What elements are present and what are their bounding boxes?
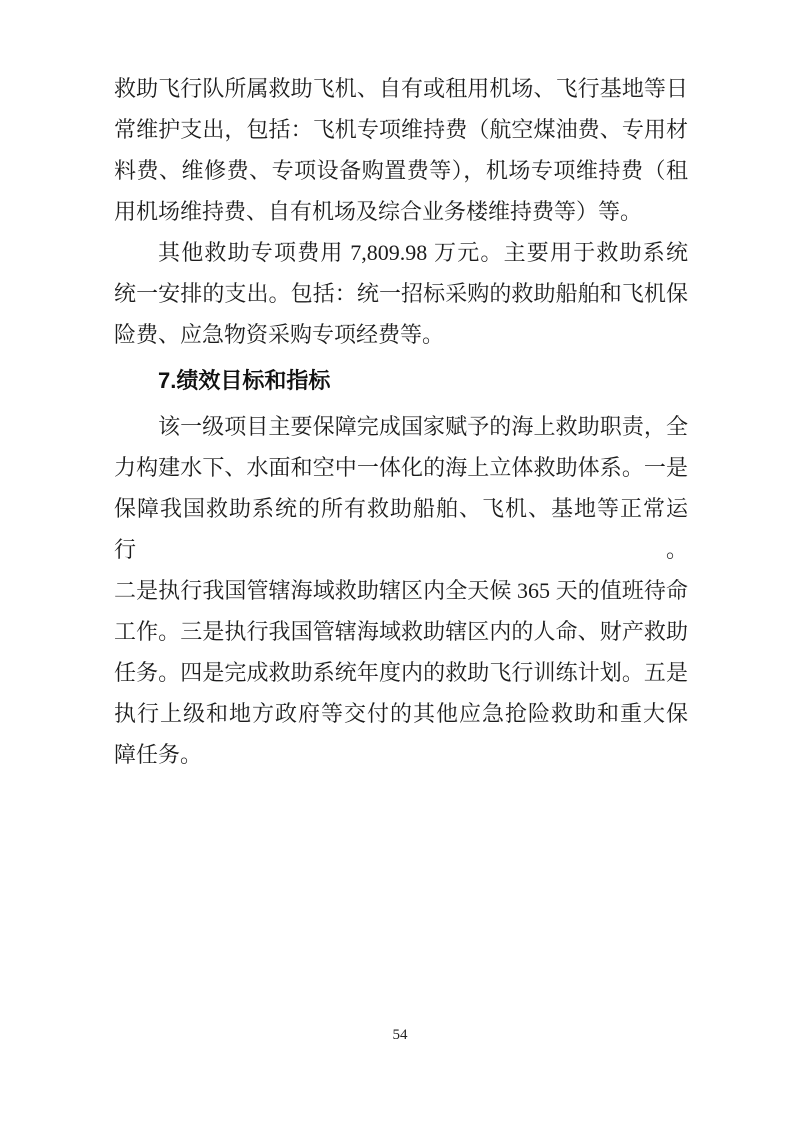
paragraph-line: 力构建水下、水面和空中一体化的海上立体救助体系。一是 (114, 447, 688, 488)
heading-performance-goals-and-indicators: 7.绩效目标和指标 (114, 360, 688, 401)
paragraph-line: 救助飞行队所属救助飞机、自有或租用机场、飞行基地等日 (114, 68, 688, 109)
heading-line: 7.绩效目标和指标 (114, 360, 688, 401)
paragraph-line: 执行上级和地方政府等交付的其他应急抢险救助和重大保 (114, 693, 688, 734)
paragraph-other-rescue-special-expense: 其他救助专项费用 7,809.98 万元。主要用于救助系统统一安排的支出。包括：… (114, 232, 688, 355)
paragraph-performance-goals-description: 该一级项目主要保障完成国家赋予的海上救助职责，全力构建水下、水面和空中一体化的海… (114, 406, 688, 775)
paragraph-line: 任务。四是完成救助系统年度内的救助飞行训练计划。五是 (114, 652, 688, 693)
paragraph-line: 障任务。 (114, 734, 688, 775)
paragraph-line: 保障我国救助系统的所有救助船舶、飞机、基地等正常运行。 (114, 488, 688, 570)
paragraph-line: 工作。三是执行我国管辖海域救助辖区内的人命、财产救助 (114, 611, 688, 652)
paragraph-line: 用机场维持费、自有机场及综合业务楼维持费等）等。 (114, 191, 688, 232)
paragraph-line: 常维护支出，包括：飞机专项维持费（航空煤油费、专用材 (114, 109, 688, 150)
paragraph-line: 统一安排的支出。包括：统一招标采购的救助船舶和飞机保 (114, 273, 688, 314)
page-number: 54 (393, 1027, 408, 1043)
document-page: 救助飞行队所属救助飞机、自有或租用机场、飞行基地等日常维护支出，包括：飞机专项维… (0, 0, 800, 1131)
paragraph-line: 该一级项目主要保障完成国家赋予的海上救助职责，全 (114, 406, 688, 447)
page-footer: 54 (0, 1026, 800, 1044)
paragraph-line: 料费、维修费、专项设备购置费等），机场专项维持费（租 (114, 150, 688, 191)
paragraph-flight-team-maintenance: 救助飞行队所属救助飞机、自有或租用机场、飞行基地等日常维护支出，包括：飞机专项维… (114, 68, 688, 232)
document-text-block: 救助飞行队所属救助飞机、自有或租用机场、飞行基地等日常维护支出，包括：飞机专项维… (114, 68, 688, 775)
paragraph-line: 其他救助专项费用 7,809.98 万元。主要用于救助系统 (114, 232, 688, 273)
paragraph-line: 险费、应急物资采购专项经费等。 (114, 314, 688, 355)
paragraph-line: 二是执行我国管辖海域救助辖区内全天候 365 天的值班待命 (114, 570, 688, 611)
